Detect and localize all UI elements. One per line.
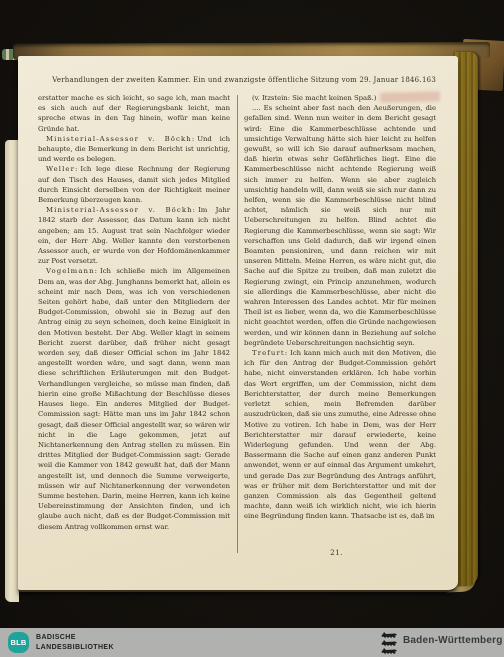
speaker-name: Ministerial-Assessor v. Böckh:: [46, 135, 195, 143]
left-column: erstatter mache es sich leicht, so sage …: [38, 93, 230, 557]
scanned-page: Verhandlungen der zweiten Kammer. Ein un…: [18, 56, 458, 592]
baden-wuerttemberg-arms-icon: [380, 631, 398, 654]
speaker-name: Ministerial-Assessor v. Böckh:: [46, 206, 196, 214]
facing-page-edge: [5, 140, 19, 602]
paragraph: Vogelmann:Ich schließe mich im Allgemein…: [38, 266, 230, 531]
state-name: Baden-Württemberg: [403, 635, 503, 646]
library-name-line2: LANDESBIBLIOTHEK: [36, 643, 114, 653]
page-number: 163: [422, 76, 436, 84]
paragraph: erstatter mache es sich leicht, so sage …: [38, 93, 230, 134]
footer-bar: BLB BADISCHE LANDESBIBLIOTHEK Baden-Würt…: [0, 628, 504, 657]
page-text-block: Verhandlungen der zweiten Kammer. Ein un…: [38, 76, 436, 560]
running-header: Verhandlungen der zweiten Kammer. Ein un…: [38, 76, 436, 84]
right-column: (v. Itzstein: Sie macht keinen Spaß.) ..…: [244, 93, 436, 557]
speaker-name: Weller:: [46, 165, 78, 173]
paragraph: Ministerial-Assessor v. Böckh:Und ich be…: [38, 134, 230, 165]
paragraph: Weller:Ich lege diese Rechnung der Regie…: [38, 164, 230, 205]
paragraph: .... Es scheint aber fast nach den Aeuße…: [244, 103, 436, 348]
paragraph: Ministerial-Assessor v. Böckh:Im Jahr 18…: [38, 205, 230, 266]
running-header-title: Verhandlungen der zweiten Kammer. Ein un…: [52, 76, 422, 84]
interjection: (v. Itzstein: Sie macht keinen Spaß.): [244, 93, 436, 103]
signature-mark: 21.: [330, 549, 343, 557]
two-column-text: erstatter mache es sich leicht, so sage …: [38, 93, 436, 557]
library-name: BADISCHE LANDESBIBLIOTHEK: [36, 633, 114, 652]
library-scan-view: Verhandlungen der zweiten Kammer. Ein un…: [0, 0, 504, 657]
speaker-name: Vogelmann:: [46, 267, 98, 275]
paragraph: Trefurt:Ich kann mich auch mit den Motiv…: [244, 348, 436, 521]
blb-logo: BLB: [8, 632, 29, 653]
speaker-name: Trefurt:: [252, 349, 288, 357]
library-name-line1: BADISCHE: [36, 633, 114, 643]
